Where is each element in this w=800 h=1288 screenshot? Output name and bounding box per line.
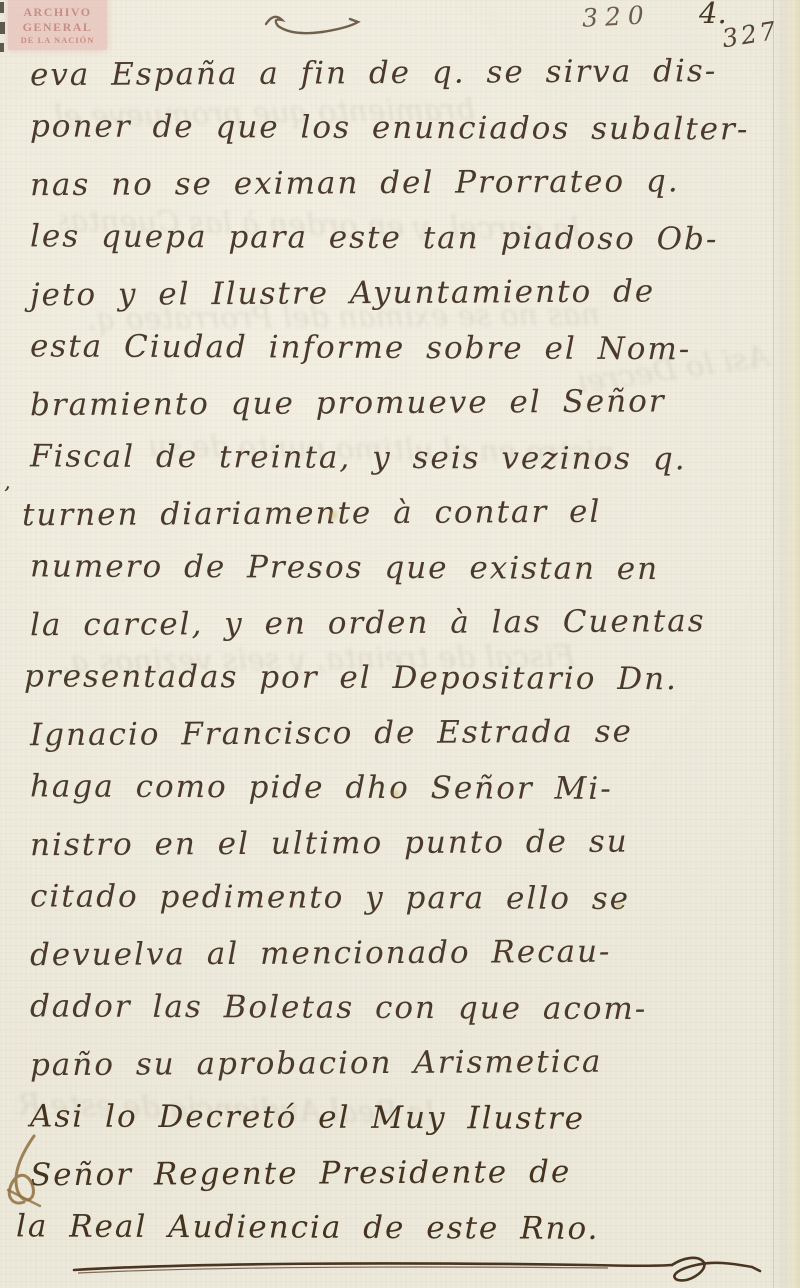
- scan-edge-mark: [0, 22, 5, 34]
- manuscript-line: citado pedimento y para ello se: [30, 869, 772, 927]
- marginal-rubric-icon: [0, 1132, 58, 1222]
- previous-folio-number: 320: [581, 0, 651, 33]
- manuscript-line: Señor Regente Presidente de: [30, 1144, 772, 1204]
- manuscript-line: eva España a fin de q. se sirva dis-: [30, 44, 772, 104]
- manuscript-line: esta Ciudad informe sobre el Nom-: [30, 319, 772, 377]
- ink-rule-flourish-icon: [68, 1248, 768, 1284]
- manuscript-line: la carcel, y en orden à las Cuentas: [30, 594, 772, 654]
- manuscript-line: jeto y el Ilustre Ayuntamiento de: [30, 264, 772, 324]
- manuscript-line: poner de que los enunciados subalter-: [30, 99, 772, 157]
- archive-stamp: ARCHIVO GENERAL DE LA NACIÓN: [8, 0, 107, 50]
- manuscript-line: Asi lo Decretó el Muy Ilustre: [30, 1089, 772, 1147]
- ink-flourish-top-icon: [252, 8, 372, 40]
- manuscript-line: devuelva al mencionado Recau-: [30, 924, 772, 984]
- stamp-line-3: DE LA NACIÓN: [21, 35, 95, 46]
- manuscript-line: nistro en el ultimo punto de su: [30, 814, 772, 874]
- manuscript-line: bramiento que promueve el Señor: [30, 374, 772, 434]
- manuscript-line: Ignacio Francisco de Estrada se: [30, 704, 772, 764]
- manuscript-line: turnen diariamente à contar el: [22, 484, 772, 544]
- scan-edge-mark: [0, 2, 4, 13]
- manuscript-line: nas no se eximan del Prorrateo q.: [30, 154, 772, 214]
- scan-edge-mark: [0, 43, 4, 52]
- manuscript-line: paño su aprobacion Arismetica: [30, 1034, 772, 1094]
- stamp-line-1: ARCHIVO: [23, 5, 91, 20]
- manuscript-text: eva España a fin de q. se sirva dis- pon…: [30, 46, 772, 1256]
- manuscript-line: numero de Presos que existan en: [30, 539, 772, 597]
- manuscript-line: haga como pide dho Señor Mi-: [30, 759, 772, 817]
- manuscript-line: presentadas por el Depositario Dn.: [24, 649, 772, 707]
- manuscript-line: les quepa para este tan piadoso Ob-: [30, 209, 772, 267]
- page-fold-edge: [773, 0, 800, 1288]
- stamp-line-2: GENERAL: [23, 20, 93, 35]
- manuscript-line: Fiscal de treinta, y seis vezinos q.: [30, 429, 772, 487]
- manuscript-line: dador las Boletas con que acom-: [30, 979, 772, 1037]
- margin-tick-mark: ’: [0, 483, 12, 509]
- manuscript-page: bramiento que promueve el Señor la carce…: [0, 0, 800, 1288]
